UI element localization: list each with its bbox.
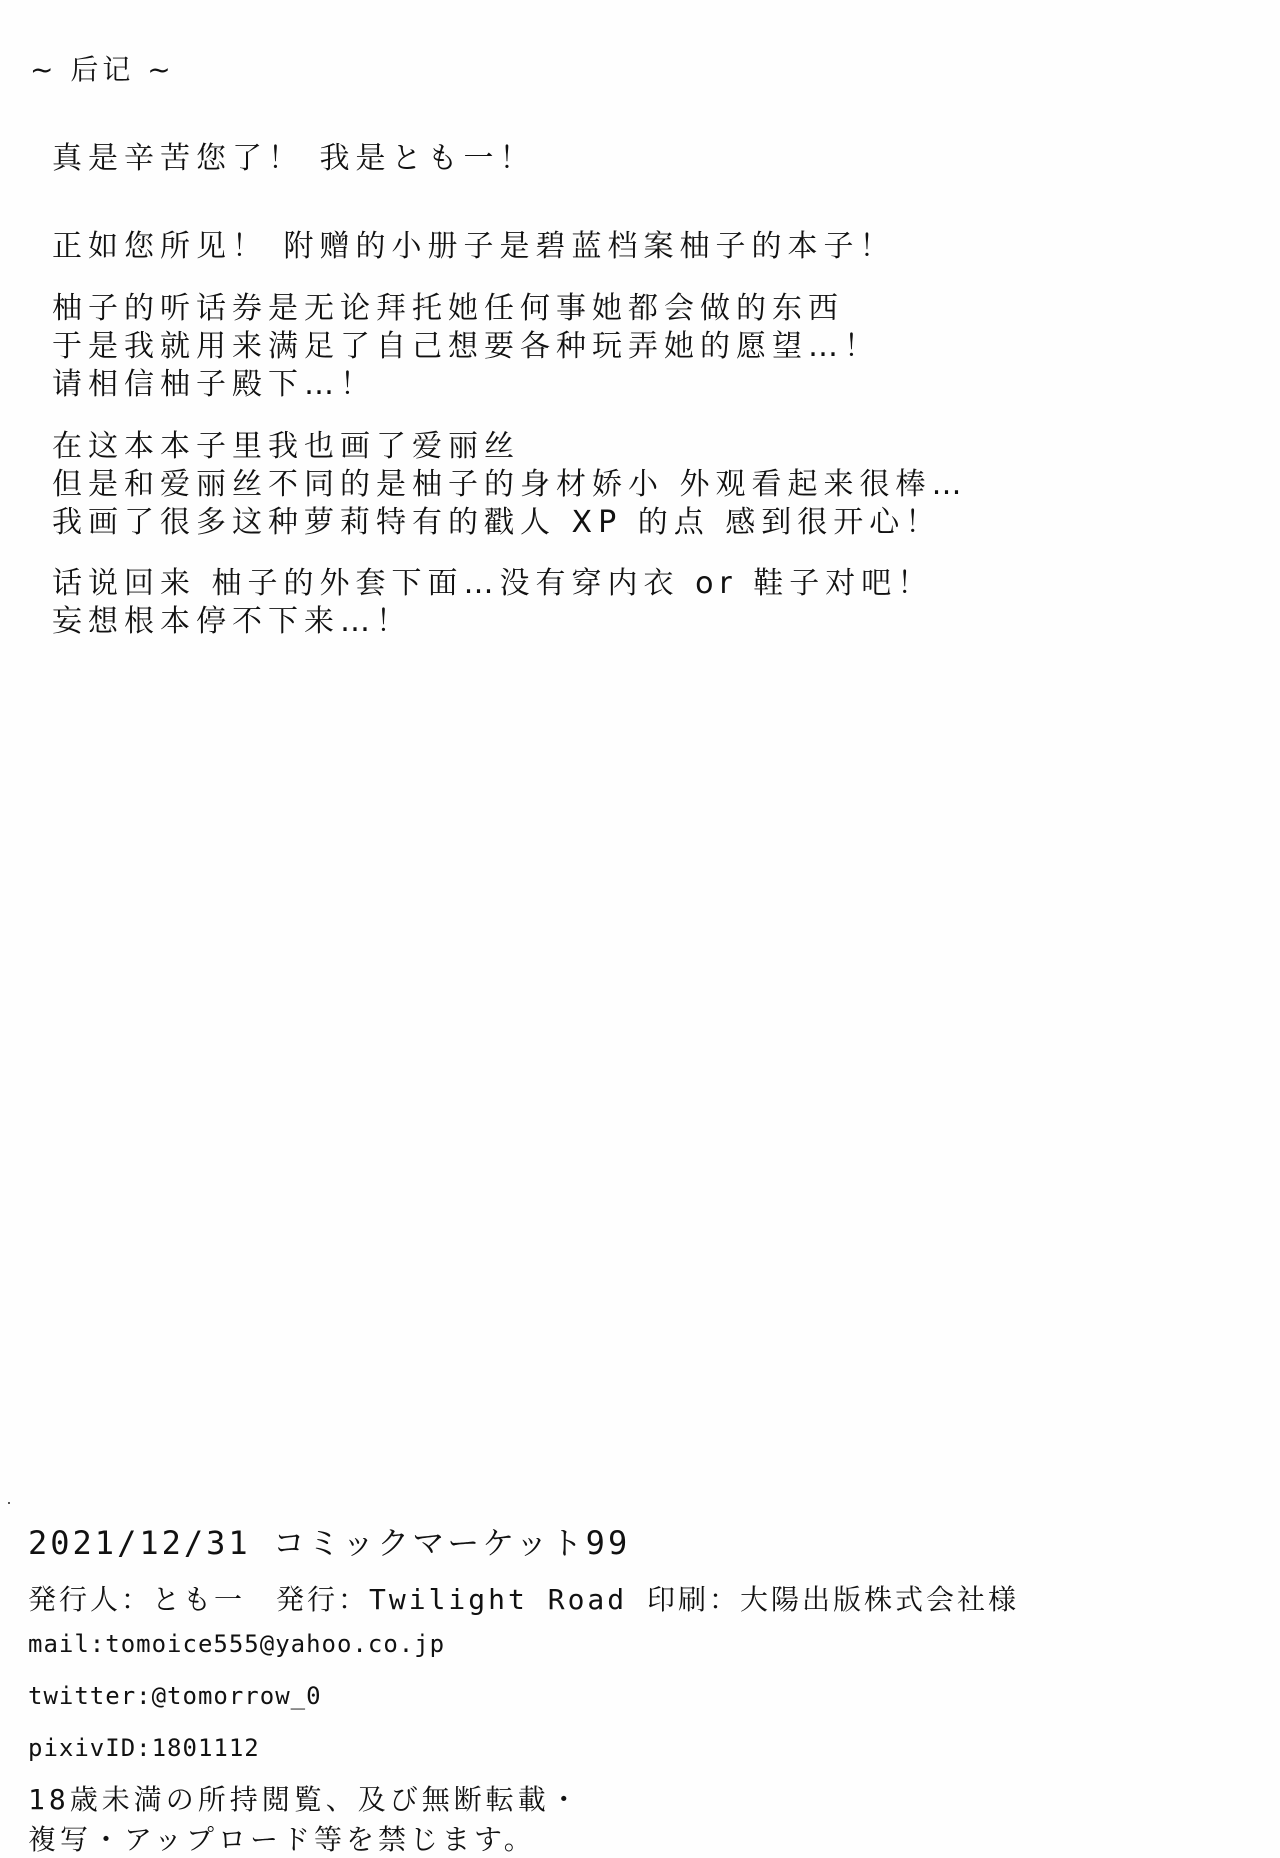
text-line: 但是和爱丽丝不同的是柚子的身材娇小 外观看起来很棒… bbox=[52, 466, 968, 504]
paragraph-coat: 话说回来 柚子的外套下面…没有穿内衣 or 鞋子对吧！ 妄想根本停不下来…！ bbox=[52, 565, 933, 641]
text-line: 于是我就用来满足了自己想要各种玩弄她的愿望…！ bbox=[52, 328, 880, 366]
warning-line: 複写・アップロード等を禁じます。 bbox=[28, 1820, 582, 1858]
afterword-page: ~ 后记 ~ 真是辛苦您了！ 我是とも一！ 正如您所见！ 附赠的小册子是碧蓝档案… bbox=[0, 0, 1280, 1858]
copyright-warning: 18歳未満の所持閲覧、及び無断転載・ 複写・アップロード等を禁じます。 bbox=[28, 1780, 582, 1858]
text-line: 在这本本子里我也画了爱丽丝 bbox=[52, 428, 968, 466]
text-line: 正如您所见！ 附赠的小册子是碧蓝档案柚子的本子！ bbox=[52, 228, 896, 266]
paragraph-booklet: 正如您所见！ 附赠的小册子是碧蓝档案柚子的本子！ bbox=[52, 228, 896, 266]
text-line: 柚子的听话券是无论拜托她任何事她都会做的东西 bbox=[52, 290, 880, 328]
afterword-title: ~ 后记 ~ bbox=[30, 48, 175, 88]
contact-pixiv: pixivID:1801112 bbox=[28, 1734, 260, 1762]
text-line: 妄想根本停不下来…！ bbox=[52, 603, 933, 641]
publisher-info: 発行人：とも一 発行：Twilight Road 印刷：大陽出版株式会社様 bbox=[28, 1578, 1019, 1618]
text-line: 话说回来 柚子的外套下面…没有穿内衣 or 鞋子对吧！ bbox=[52, 565, 933, 603]
paragraph-ticket: 柚子的听话券是无论拜托她任何事她都会做的东西 于是我就用来满足了自己想要各种玩弄… bbox=[52, 290, 880, 404]
paragraph-greeting: 真是辛苦您了！ 我是とも一！ bbox=[52, 140, 536, 178]
contact-mail: mail:tomoice555@yahoo.co.jp bbox=[28, 1630, 445, 1658]
text-line: 我画了很多这种萝莉特有的戳人 XP 的点 感到很开心！ bbox=[52, 504, 968, 542]
paragraph-alice: 在这本本子里我也画了爱丽丝 但是和爱丽丝不同的是柚子的身材娇小 外观看起来很棒…… bbox=[52, 428, 968, 542]
warning-line: 18歳未満の所持閲覧、及び無断転載・ bbox=[28, 1780, 582, 1820]
event-date: 2021/12/31 コミックマーケット99 bbox=[28, 1518, 630, 1564]
text-line: 请相信柚子殿下…！ bbox=[52, 366, 880, 404]
contact-twitter: twitter:@tomorrow_0 bbox=[28, 1682, 322, 1710]
text-line: 真是辛苦您了！ 我是とも一！ bbox=[52, 140, 536, 178]
scan-speck bbox=[8, 1502, 10, 1504]
